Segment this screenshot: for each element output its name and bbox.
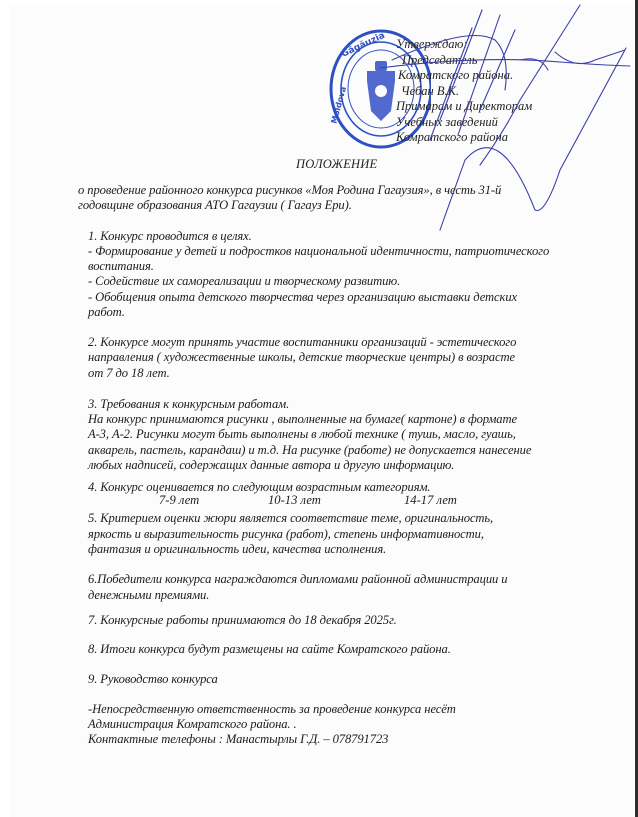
section-3-line: любых надписей, содержащих данные автора… <box>88 458 454 473</box>
approval-block: Утверждаю: Председатель Комратского райо… <box>392 37 532 146</box>
section-5-line: фантазия и оригинальность идеи, качества… <box>88 542 386 557</box>
approval-line: Учебных заведений <box>392 115 532 131</box>
section-5-line: 5. Критерием оценки жюри является соотве… <box>88 511 493 526</box>
approval-line: Утверждаю: <box>392 37 532 53</box>
section-9-contact: Контактные телефоны : Манастырлы Г.Д. – … <box>88 732 388 747</box>
section-2-line: направления ( художественные школы, детс… <box>88 350 515 365</box>
section-1-heading: 1. Конкурс проводится в целях. <box>88 229 252 244</box>
section-4-heading: 4. Конкурс оценивается по следующим возр… <box>88 480 430 495</box>
approval-line: Председатель <box>392 53 532 69</box>
section-3-line: А-3, А-2. Рисунки могут быть выполнены в… <box>88 427 516 442</box>
section-1-line: - Содействие их самореализации и творчес… <box>88 274 400 289</box>
approval-line: Примарам и Директорам <box>392 99 532 115</box>
age-category: 14-17 лет <box>404 493 457 508</box>
age-category: 10-13 лет <box>268 493 321 508</box>
section-2-line: 2. Конкурсе могут принять участие воспит… <box>88 335 516 350</box>
section-3-line: акварель, пастель, карандаш) и т.д. На р… <box>88 443 531 458</box>
section-9-line: -Непосредственную ответственность за про… <box>88 702 456 717</box>
approval-line: Комратского района. <box>392 68 532 84</box>
section-6-line: 6.Победители конкурса награждаются дипло… <box>88 572 507 587</box>
section-5-line: яркость и выразительность рисунка (работ… <box>88 527 484 542</box>
subtitle-line: годовщине образования АТО Гагаузии ( Гаг… <box>78 198 352 213</box>
section-6-line: денежными премиями. <box>88 588 209 603</box>
section-1-line: - Обобщения опыта детского творчества че… <box>88 290 517 305</box>
approval-line: Чебан В.К. <box>392 84 532 100</box>
document-title: ПОЛОЖЕНИЕ <box>296 157 377 172</box>
section-9-line: Администрация Комратского района. . <box>88 717 297 732</box>
section-1-line: воспитания. <box>88 259 154 274</box>
section-3-heading: 3. Требования к конкурсным работам. <box>88 397 289 412</box>
section-3-line: На конкурс принимаются рисунки , выполне… <box>88 412 517 427</box>
section-1-line: - Формирование у детей и подростков наци… <box>88 244 549 259</box>
section-9-heading: 9. Руководство конкурса <box>88 672 218 687</box>
section-8-text: 8. Итоги конкурса будут размещены на сай… <box>88 642 451 657</box>
subtitle-line: о проведение районного конкурса рисунков… <box>78 183 501 198</box>
section-7-text: 7. Конкурсные работы принимаются до 18 д… <box>88 613 397 628</box>
age-category: 7-9 лет <box>159 493 199 508</box>
approval-line: Комратского района <box>392 130 532 146</box>
section-2-line: от 7 до 18 лет. <box>88 366 170 381</box>
section-1-line: работ. <box>88 305 125 320</box>
